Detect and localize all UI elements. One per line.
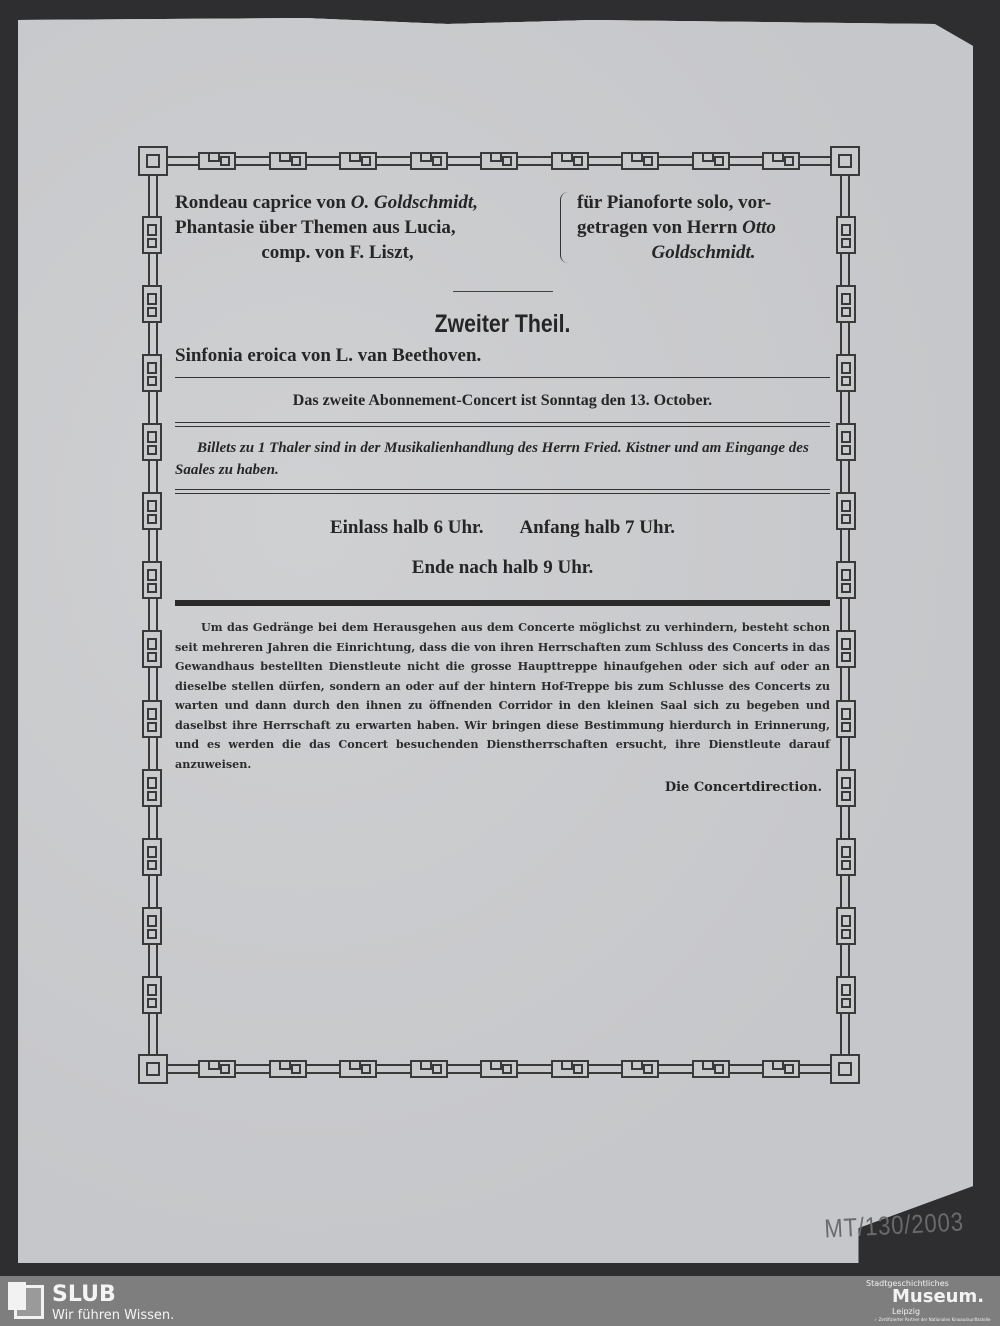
meander-ornament-icon (339, 152, 377, 170)
program-content: Rondeau caprice von O. Goldschmidt, Phan… (175, 190, 830, 795)
thick-divider-rule (175, 600, 830, 606)
ticket-info: Billets zu 1 Thaler sind in der Musikali… (175, 437, 830, 481)
meander-ornament-icon (142, 492, 162, 530)
corner-ornament-icon (830, 146, 860, 176)
part2-item: Sinfonia eroica von L. van Beethoven. (175, 345, 830, 367)
part2-heading: Zweiter Theil. (224, 310, 781, 339)
piece-title: Rondeau caprice von (175, 192, 351, 213)
times-row-1: Einlass halb 6 Uhr.Anfang halb 7 Uhr. (175, 508, 830, 548)
meander-ornament-icon (339, 1060, 377, 1078)
meander-ornament-icon (142, 285, 162, 323)
meander-ornament-icon (142, 630, 162, 668)
meander-right (836, 216, 856, 1014)
performer-line-2: getragen von Herrn Otto (577, 215, 830, 240)
performer-text: getragen von Herrn (577, 217, 742, 238)
corner-ornament-icon (830, 1054, 860, 1084)
meander-ornament-icon (142, 423, 162, 461)
meander-ornament-icon (692, 1060, 730, 1078)
museum-name[interactable]: Museum. (892, 1286, 984, 1307)
slub-logo-icon[interactable] (14, 1285, 44, 1319)
meander-ornament-icon (551, 1060, 589, 1078)
meander-ornament-icon (836, 838, 856, 876)
corner-ornament-icon (138, 146, 168, 176)
performer-line-3: Goldschmidt. (577, 240, 830, 265)
composer-name: O. Goldschmidt, (351, 192, 478, 213)
meander-ornament-icon (836, 354, 856, 392)
meander-bottom (198, 1060, 800, 1078)
meander-ornament-icon (480, 1060, 518, 1078)
performer-note: für Pianoforte solo, vor- getragen von H… (577, 190, 830, 265)
program-part1-items: Rondeau caprice von O. Goldschmidt, Phan… (175, 190, 830, 265)
meander-ornament-icon (836, 769, 856, 807)
meander-ornament-icon (142, 354, 162, 392)
meander-ornament-icon (836, 423, 856, 461)
meander-ornament-icon (269, 152, 307, 170)
shelfmark-handwritten: MT/130/2003 (824, 1206, 965, 1244)
performer-line-1: für Pianoforte solo, vor- (577, 190, 830, 215)
signature: Die Concertdirection. (175, 780, 830, 795)
concert-times: Einlass halb 6 Uhr.Anfang halb 7 Uhr. En… (175, 508, 830, 588)
piece-line-3: comp. von F. Liszt, (175, 240, 560, 265)
meander-ornament-icon (621, 152, 659, 170)
meander-ornament-icon (142, 976, 162, 1014)
corner-ornament-icon (138, 1054, 168, 1084)
section-divider (453, 291, 553, 292)
double-divider-rule (175, 422, 830, 427)
meander-ornament-icon (836, 907, 856, 945)
performer-first-name: Otto (742, 217, 776, 238)
staff-notice: Um das Gedränge bei dem Herausgehen aus … (175, 618, 830, 774)
double-divider-rule (175, 489, 830, 494)
meander-ornament-icon (269, 1060, 307, 1078)
meander-ornament-icon (142, 769, 162, 807)
meander-ornament-icon (836, 630, 856, 668)
meander-ornament-icon (692, 152, 730, 170)
meander-ornament-icon (410, 152, 448, 170)
museum-certification: ✓ Zertifizierter Partner der Nationalen … (874, 1317, 990, 1322)
meander-ornament-icon (142, 700, 162, 738)
footer-bar: SLUB Wir führen Wissen. Stadtgeschichtli… (0, 1276, 1000, 1326)
meander-ornament-icon (410, 1060, 448, 1078)
slub-name[interactable]: SLUB (52, 1282, 116, 1307)
next-concert-announcement: Das zweite Abonnement-Concert ist Sonnta… (175, 392, 830, 410)
meander-ornament-icon (836, 216, 856, 254)
meander-top (198, 152, 800, 170)
program-pieces: Rondeau caprice von O. Goldschmidt, Phan… (175, 190, 560, 265)
meander-ornament-icon (142, 907, 162, 945)
meander-left (142, 216, 162, 1014)
meander-ornament-icon (836, 976, 856, 1014)
meander-ornament-icon (551, 152, 589, 170)
meander-ornament-icon (836, 561, 856, 599)
piece-line-2: Phantasie über Themen aus Lucia, (175, 215, 560, 240)
divider-rule (175, 377, 830, 378)
meander-ornament-icon (762, 152, 800, 170)
meander-ornament-icon (480, 152, 518, 170)
meander-ornament-icon (198, 152, 236, 170)
meander-ornament-icon (621, 1060, 659, 1078)
meander-ornament-icon (836, 285, 856, 323)
admission-time: Einlass halb 6 Uhr. (330, 517, 483, 538)
piece-line-1: Rondeau caprice von O. Goldschmidt, (175, 190, 560, 215)
start-time: Anfang halb 7 Uhr. (519, 517, 675, 538)
brace-icon (560, 192, 573, 263)
meander-ornament-icon (142, 561, 162, 599)
meander-ornament-icon (142, 216, 162, 254)
museum-city: Leipzig (892, 1307, 920, 1316)
meander-ornament-icon (836, 700, 856, 738)
slub-tagline: Wir führen Wissen. (52, 1308, 174, 1323)
end-time: Ende nach halb 9 Uhr. (175, 548, 830, 588)
meander-ornament-icon (762, 1060, 800, 1078)
meander-ornament-icon (836, 492, 856, 530)
meander-ornament-icon (198, 1060, 236, 1078)
meander-ornament-icon (142, 838, 162, 876)
